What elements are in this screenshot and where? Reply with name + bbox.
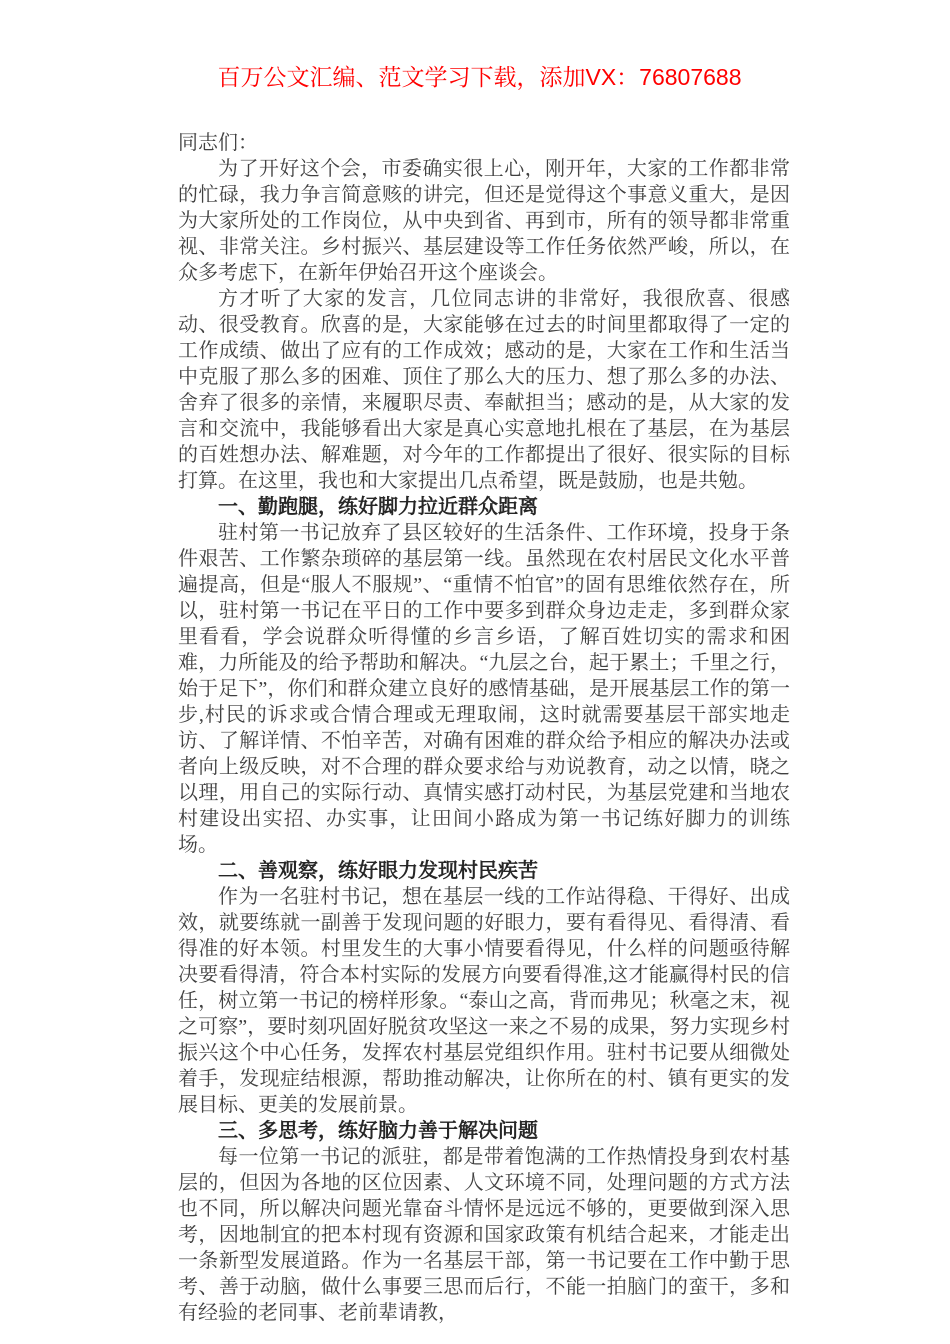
document-page: 百万公文汇编、范文学习下载，添加VX：76807688 同志们： 为了开好这个会… [0,0,950,1344]
paragraph-remarks: 方才听了大家的发言，几位同志讲的非常好，我很欣喜、很感动、很受教育。欣喜的是，大… [178,286,790,494]
salutation: 同志们： [178,130,790,156]
paragraph-section-1: 驻村第一书记放弃了县区较好的生活条件、工作环境，投身于条件艰苦、工作繁杂琐碎的基… [178,520,790,858]
section-heading-2: 二、善观察，练好眼力发现村民疾苦 [178,858,790,884]
paragraph-section-3: 每一位第一书记的派驻，都是带着饱满的工作热情投身到农村基层的，但因为各地的区位因… [178,1144,790,1326]
section-heading-3: 三、多思考，练好脑力善于解决问题 [178,1118,790,1144]
paragraph-section-2: 作为一名驻村书记，想在基层一线的工作站得稳、干得好、出成效，就要练就一副善于发现… [178,884,790,1118]
watermark-notice: 百万公文汇编、范文学习下载，添加VX：76807688 [169,62,790,92]
paragraph-opening: 为了开好这个会，市委确实很上心，刚开年，大家的工作都非常的忙碌，我力争言简意赅的… [178,156,790,286]
document-body: 同志们： 为了开好这个会，市委确实很上心，刚开年，大家的工作都非常的忙碌，我力争… [178,130,790,1326]
section-heading-1: 一、勤跑腿，练好脚力拉近群众距离 [178,494,790,520]
